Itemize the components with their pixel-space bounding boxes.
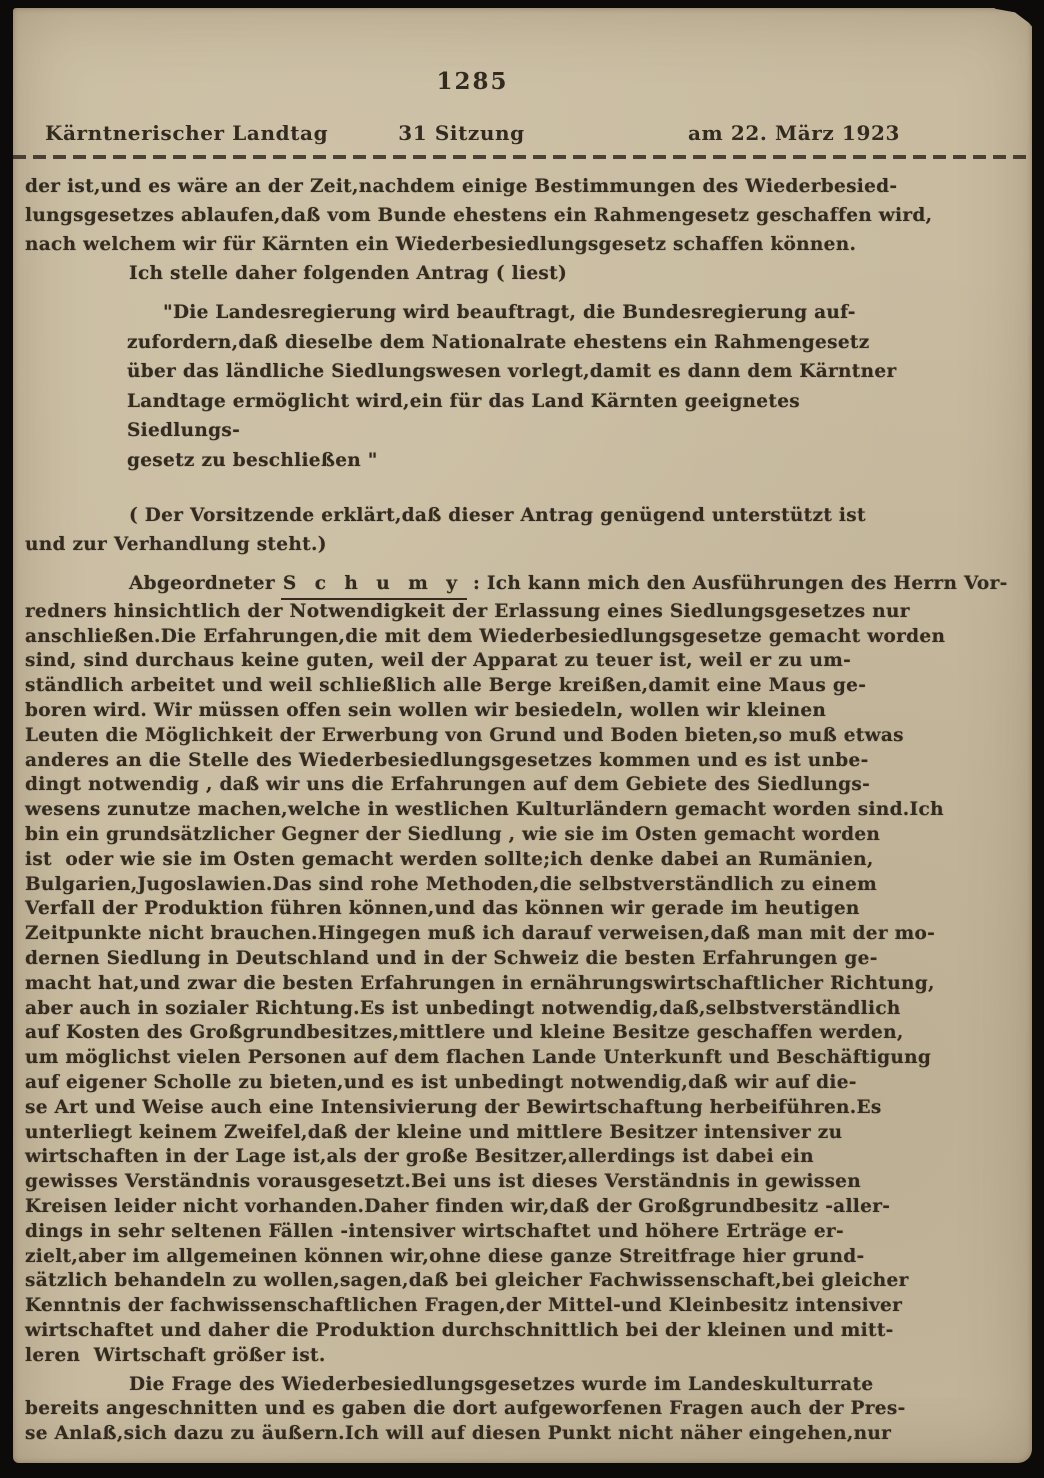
text-line: wesens zunutze machen,welche in westlich…	[25, 798, 1010, 823]
text-line: ( Der Vorsitzende erklärt,daß dieser Ant…	[25, 501, 1010, 530]
text-line: aber auch in sozialer Richtung.Es ist un…	[25, 997, 1010, 1022]
text-line: Die Frage des Wiederbesiedlungsgesetzes …	[25, 1373, 1010, 1398]
closing-paragraph: Die Frage des Wiederbesiedlungsgesetzes …	[25, 1373, 1010, 1447]
text-line: Verfall der Produktion führen können,und…	[25, 897, 1010, 922]
text-line: auf eigener Scholle zu bieten,und es ist…	[25, 1071, 1010, 1096]
text-line: gesetz zu beschließen "	[127, 446, 917, 476]
text-line: dernen Siedlung in Deutschland und in de…	[25, 947, 1010, 972]
text-line: sätzlich behandeln zu wollen,sagen,daß b…	[25, 1269, 1010, 1294]
text-line: Ich stelle daher folgenden Antrag ( lies…	[25, 259, 1010, 288]
paragraph-continuation: der ist,und es wäre an der Zeit,nachdem …	[25, 172, 1010, 288]
page-header: Kärntnerischer Landtag 31 Sitzung am 22.…	[25, 121, 1010, 145]
text-line: bereits angeschnitten und es gaben die d…	[25, 1397, 1010, 1422]
text-line: Kenntnis der fachwissenschaftlichen Frag…	[25, 1294, 1010, 1319]
text-line: sind, sind durchaus keine guten, weil de…	[25, 649, 1010, 674]
text-line: gewisses Verständnis vorausgesetzt.Bei u…	[25, 1170, 1010, 1195]
header-session: 31 Sitzung	[398, 121, 525, 145]
text-line: Kreisen leider nicht vorhanden.Daher fin…	[25, 1195, 1010, 1220]
text-line: und zur Verhandlung steht.)	[25, 530, 1010, 559]
text-line: anderes an die Stelle des Wiederbesiedlu…	[25, 749, 1010, 774]
motion-quote: "Die Landesregierung wird beauftragt, di…	[127, 298, 917, 475]
text-line: Zeitpunkte nicht brauchen.Hingegen muß i…	[25, 922, 1010, 947]
speaker-line: AbgeordneterS c h u m y: Ich kann mich d…	[25, 572, 1010, 600]
text-line: zufordern,daß dieselbe dem Nationalrate …	[127, 328, 917, 358]
text-line: se Anlaß,sich dazu zu äußern.Ich will au…	[25, 1422, 1010, 1447]
chair-remark: ( Der Vorsitzende erklärt,daß dieser Ant…	[25, 501, 1010, 559]
text-line: der ist,und es wäre an der Zeit,nachdem …	[25, 172, 1010, 201]
speaker-name: S c h u m y	[281, 572, 467, 600]
scanned-page: 1285 Kärntnerischer Landtag 31 Sitzung a…	[0, 0, 1044, 1478]
text-line: ist oder wie sie im Osten gemacht werden…	[25, 848, 1010, 873]
paper-sheet: 1285 Kärntnerischer Landtag 31 Sitzung a…	[13, 8, 1032, 1463]
page-number: 1285	[0, 68, 965, 95]
header-divider	[13, 155, 1032, 159]
text-line: se Art und Weise auch eine Intensivierun…	[25, 1096, 1010, 1121]
text-line: anschließen.Die Erfahrungen,die mit dem …	[25, 625, 1010, 650]
speaker-prefix: Abgeordneter	[129, 573, 275, 594]
header-date: am 22. März 1923	[525, 121, 1010, 145]
text-line: über das ländliche Siedlungswesen vorleg…	[127, 357, 917, 387]
speaker-line-rest: : Ich kann mich den Ausführungen des Her…	[473, 573, 1008, 594]
text-line: dings in sehr seltenen Fällen -intensive…	[25, 1220, 1010, 1245]
text-line: leren Wirtschaft größer ist.	[25, 1344, 1010, 1369]
text-line: boren wird. Wir müssen offen sein wollen…	[25, 699, 1010, 724]
text-line: Bulgarien,Jugoslawien.Das sind rohe Meth…	[25, 873, 1010, 898]
text-line: zielt,aber im allgemeinen können wir,ohn…	[25, 1245, 1010, 1270]
text-line: um möglichst vielen Personen auf dem fla…	[25, 1046, 1010, 1071]
text-line: wirtschaftet und daher die Produktion du…	[25, 1319, 1010, 1344]
text-line: ständlich arbeitet und weil schließlich …	[25, 674, 1010, 699]
text-line: redners hinsichtlich der Notwendigkeit d…	[25, 600, 1010, 625]
header-body-name: Kärntnerischer Landtag	[25, 121, 398, 145]
text-line: nach welchem wir für Kärnten ein Wiederb…	[25, 230, 1010, 259]
text-line: macht hat,und zwar die besten Erfahrunge…	[25, 972, 1010, 997]
text-line: lungsgesetzes ablaufen,daß vom Bunde ehe…	[25, 201, 1010, 230]
text-line: Landtage ermöglicht wird,ein für das Lan…	[127, 387, 917, 446]
text-line: bin ein grundsätzlicher Gegner der Siedl…	[25, 823, 1010, 848]
text-line: Leuten die Möglichkeit der Erwerbung von…	[25, 724, 1010, 749]
speech-schumy: AbgeordneterS c h u m y: Ich kann mich d…	[25, 572, 1010, 1369]
text-line: unterliegt keinem Zweifel,daß der kleine…	[25, 1121, 1010, 1146]
text-line: dingt notwendig , daß wir uns die Erfahr…	[25, 773, 1010, 798]
text-line: "Die Landesregierung wird beauftragt, di…	[127, 298, 917, 328]
text-line: wirtschaften in der Lage ist,als der gro…	[25, 1145, 1010, 1170]
text-line: auf Kosten des Großgrundbesitzes,mittler…	[25, 1021, 1010, 1046]
